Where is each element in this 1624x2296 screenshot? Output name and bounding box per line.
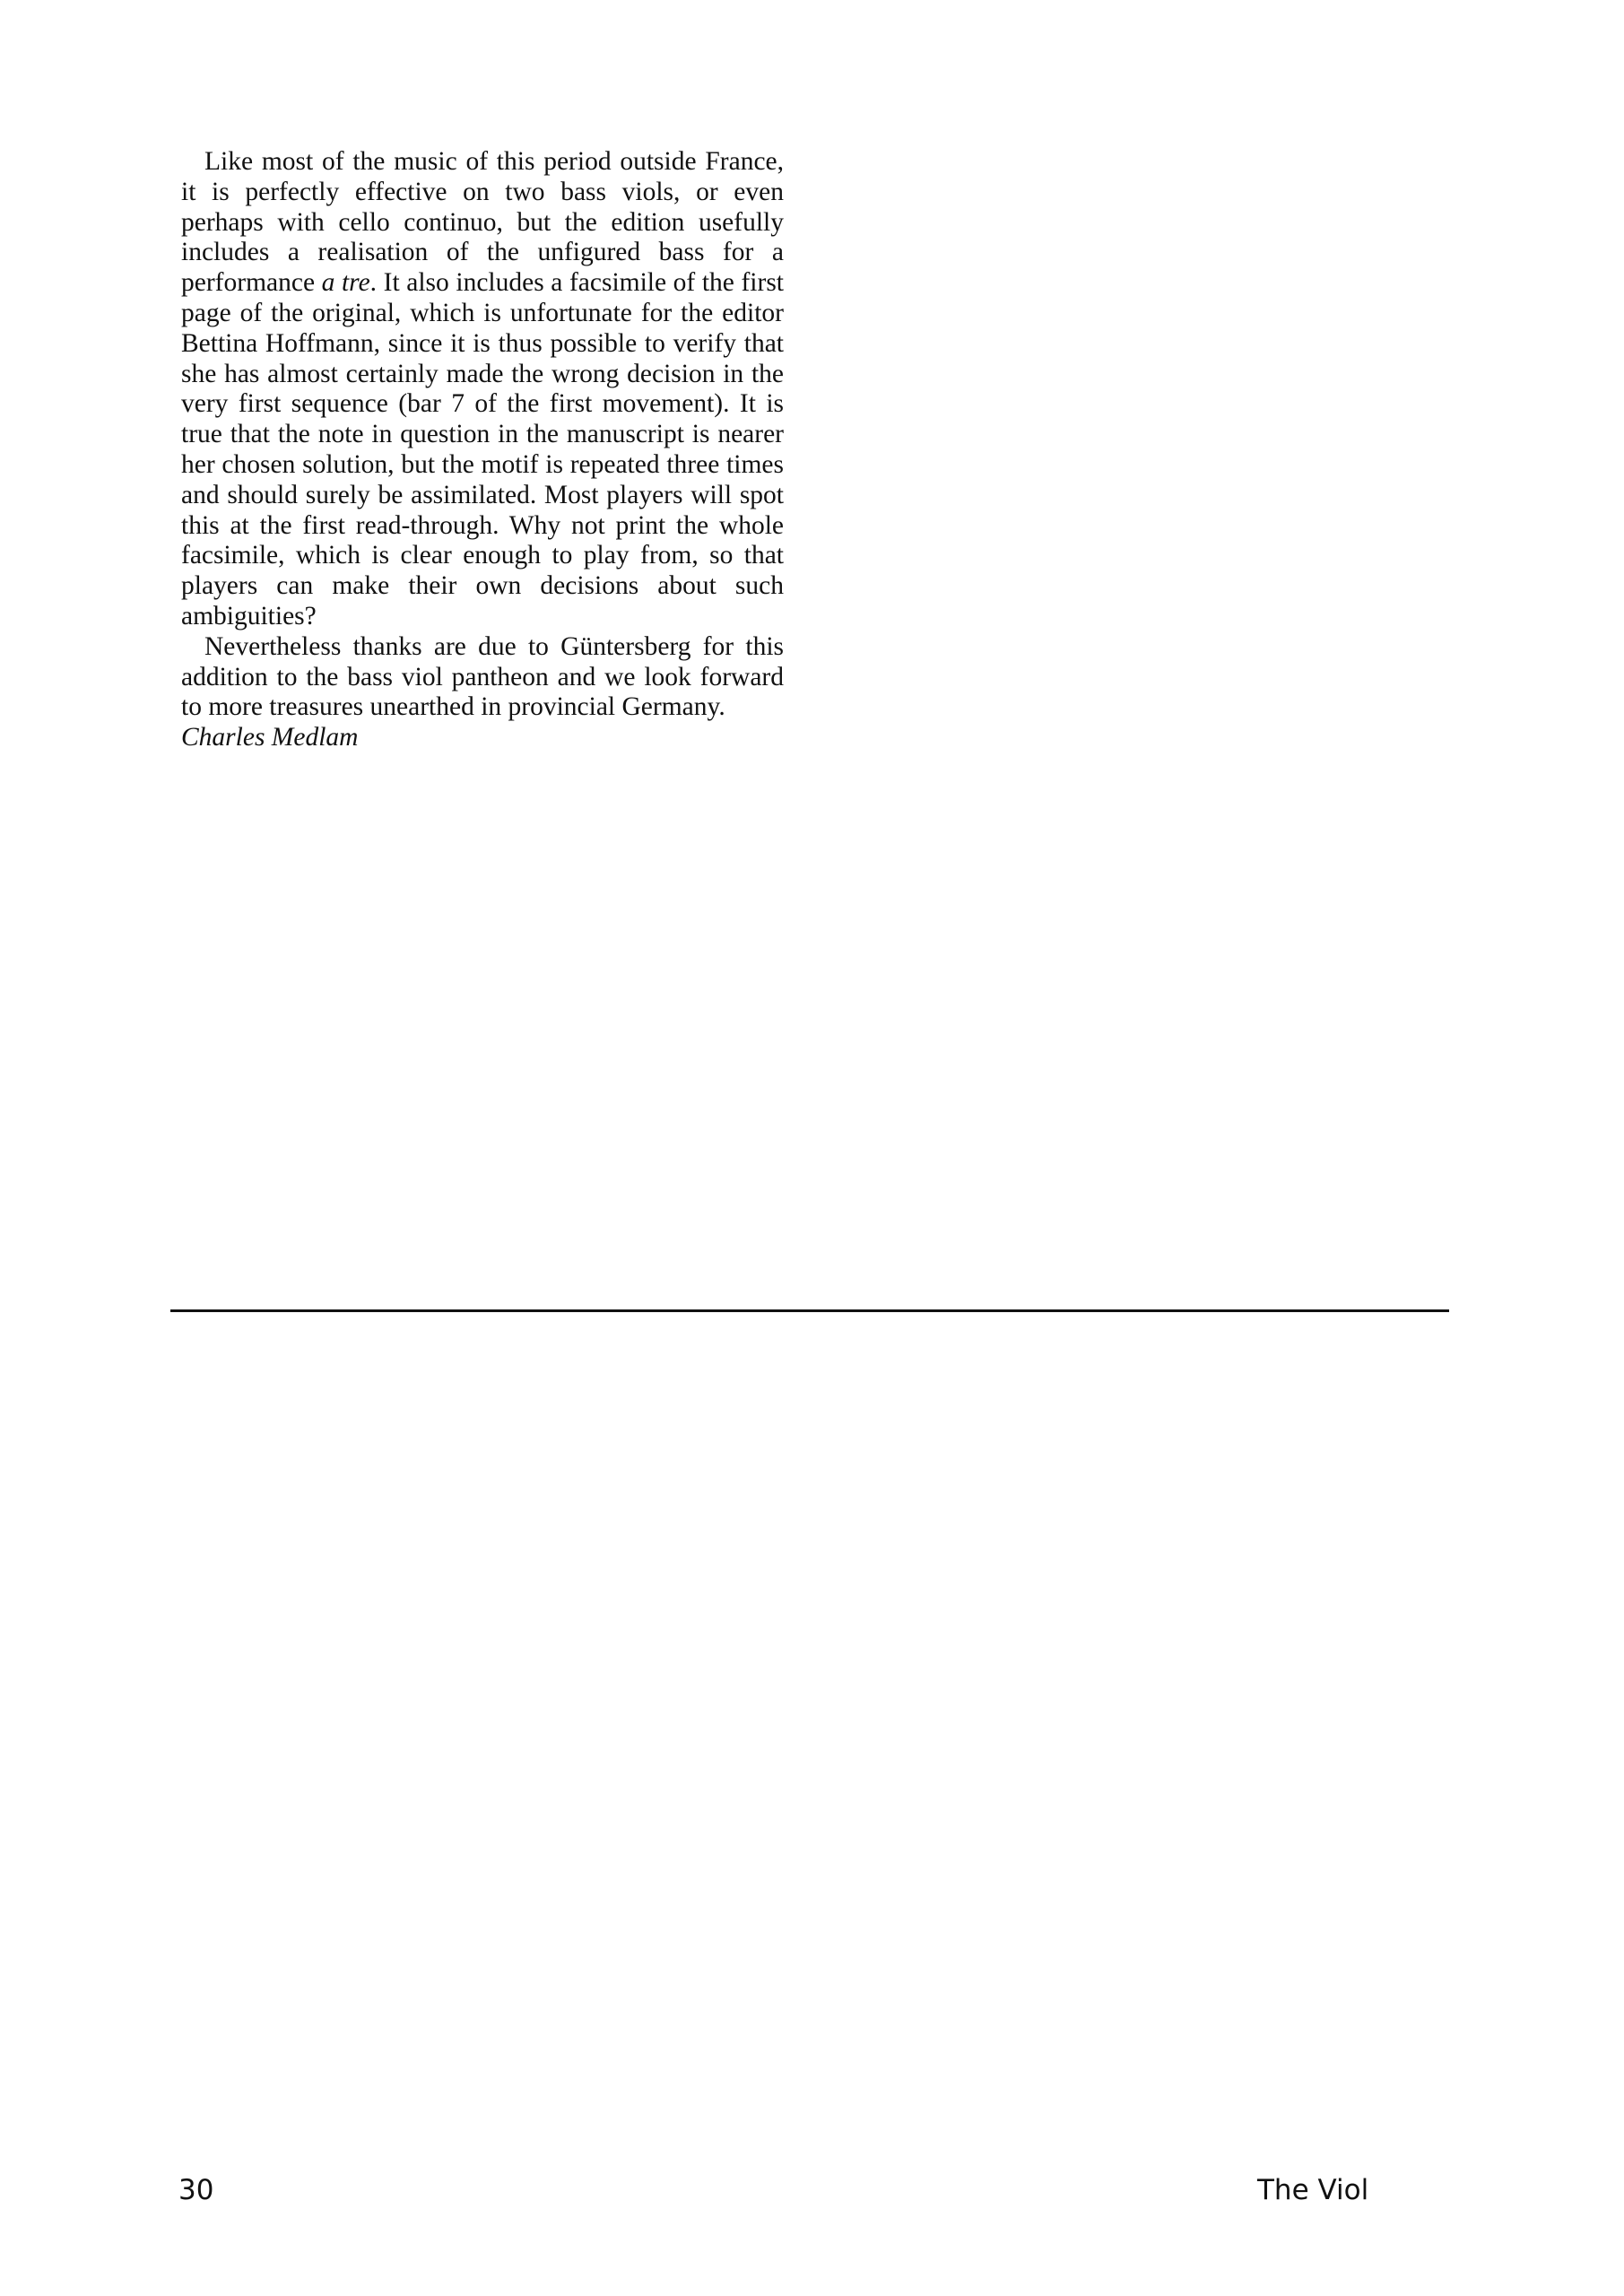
- paragraph-1-italic-a-tre: a tre: [322, 268, 370, 297]
- paragraph-2: Nevertheless thanks are due to Güntersbe…: [181, 632, 784, 723]
- article-column: Like most of the music of this period ou…: [181, 147, 784, 753]
- paragraph-2-text: Nevertheless thanks are due to Güntersbe…: [181, 632, 784, 722]
- horizontal-divider: [170, 1309, 1449, 1312]
- paragraph-1: Like most of the music of this period ou…: [181, 147, 784, 632]
- author-signature: Charles Medlam: [181, 723, 784, 753]
- page-number: 30: [178, 2174, 213, 2206]
- journal-title: The Viol: [1257, 2174, 1368, 2206]
- paragraph-1-text-b: . It also includes a facsimile of the fi…: [181, 268, 784, 631]
